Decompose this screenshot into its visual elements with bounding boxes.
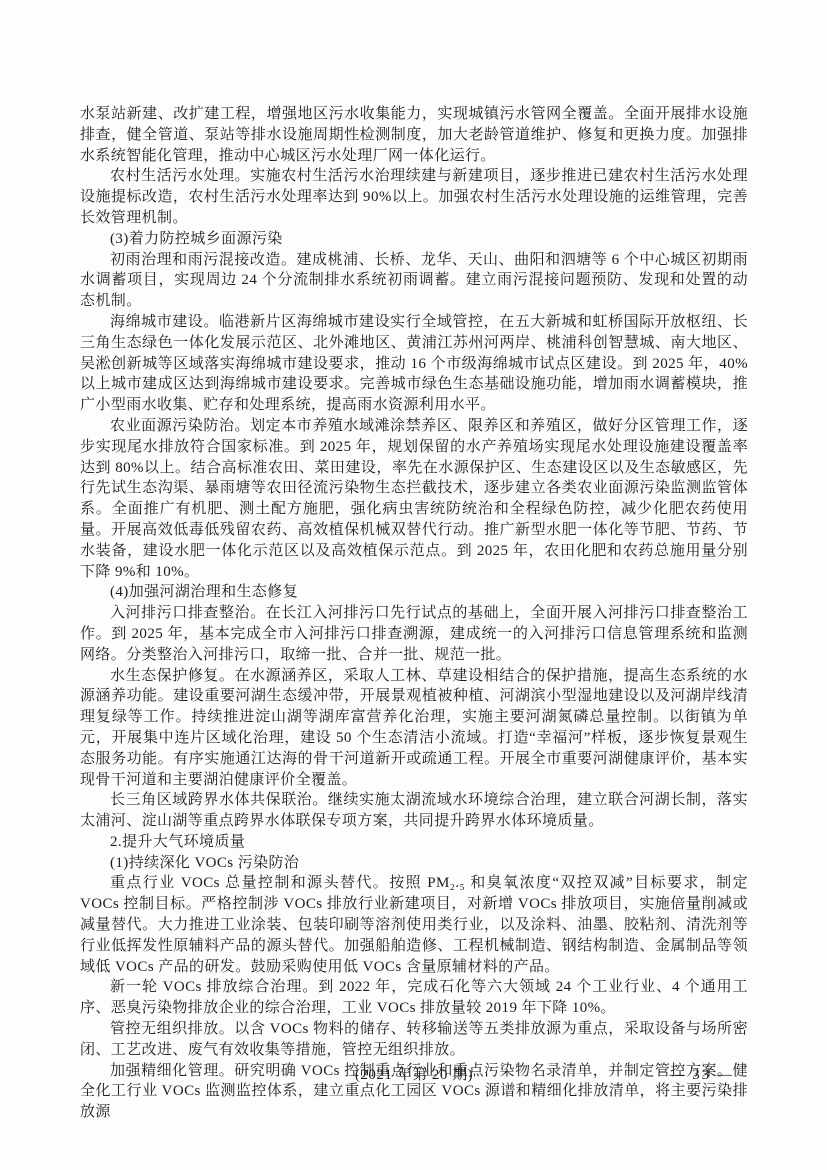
paragraph-vocs-comprehensive-treatment: 新一轮 VOCs 排放综合治理。到 2022 年，完成石化等六大领域 24 个工… [80,977,748,1019]
heading-section-4-river-lake: (4)加强河湖治理和生态修复 [80,582,748,603]
text-body: 水泵站新建、改扩建工程，增强地区污水收集能力，实现城镇污水管网全覆盖。全面开展排… [80,104,748,1123]
paragraph-rural-sewage: 农村生活污水处理。实施农村生活污水治理续建与新建项目，逐步推进已建农村生活污水处… [80,166,748,228]
footer-issue-label: (2021 年第 20 期) [80,1064,748,1086]
paragraph-sponge-city: 海绵城市建设。临港新片区海绵城市建设实行全域管控，在五大新城和虹桥国际开放枢纽、… [80,312,748,416]
page-footer: (2021 年第 20 期) — 33 — [80,1064,748,1086]
paragraph-vocs-source-control: 重点行业 VOCs 总量控制和源头替代。按照 PM₂.₅ 和臭氧浓度“双控双减”… [80,873,748,977]
footer-page-number: — 33 — [670,1064,735,1086]
paragraph-initial-rain-treatment: 初雨治理和雨污混接改造。建成桃浦、长桥、龙华、天山、曲阳和泗塘等 6 个中心城区… [80,250,748,312]
heading-vocs-prevention: (1)持续深化 VOCs 污染防治 [80,853,748,874]
paragraph-yangtze-delta-joint-protection: 长三角区域跨界水体共保联治。继续实施太湖流域水环境综合治理，建立联合河湖长制，落… [80,790,748,832]
paragraph-fugitive-emissions: 管控无组织排放。以含 VOCs 物料的储存、转移输送等五类排放源为重点，采取设备… [80,1019,748,1061]
paragraph-sewage-outfalls: 入河排污口排查整治。在长江入河排污口先行试点的基础上，全面开展入河排污口排查整治… [80,603,748,665]
document-page: 水泵站新建、改扩建工程，增强地区污水收集能力，实现城镇污水管网全覆盖。全面开展排… [0,0,827,1170]
paragraph-water-ecology-restoration: 水生态保护修复。在水源涵养区，采取人工林、草建设相结合的保护措施，提高生态系统的… [80,666,748,791]
heading-air-quality: 2.提升大气环境质量 [80,832,748,853]
heading-section-3-nonpoint-pollution: (3)着力防控城乡面源污染 [80,229,748,250]
paragraph-pump-stations-continuation: 水泵站新建、改扩建工程，增强地区污水收集能力，实现城镇污水管网全覆盖。全面开展排… [80,104,748,166]
paragraph-agricultural-pollution: 农业面源污染防治。划定本市养殖水域滩涂禁养区、限养区和养殖区，做好分区管理工作，… [80,416,748,582]
